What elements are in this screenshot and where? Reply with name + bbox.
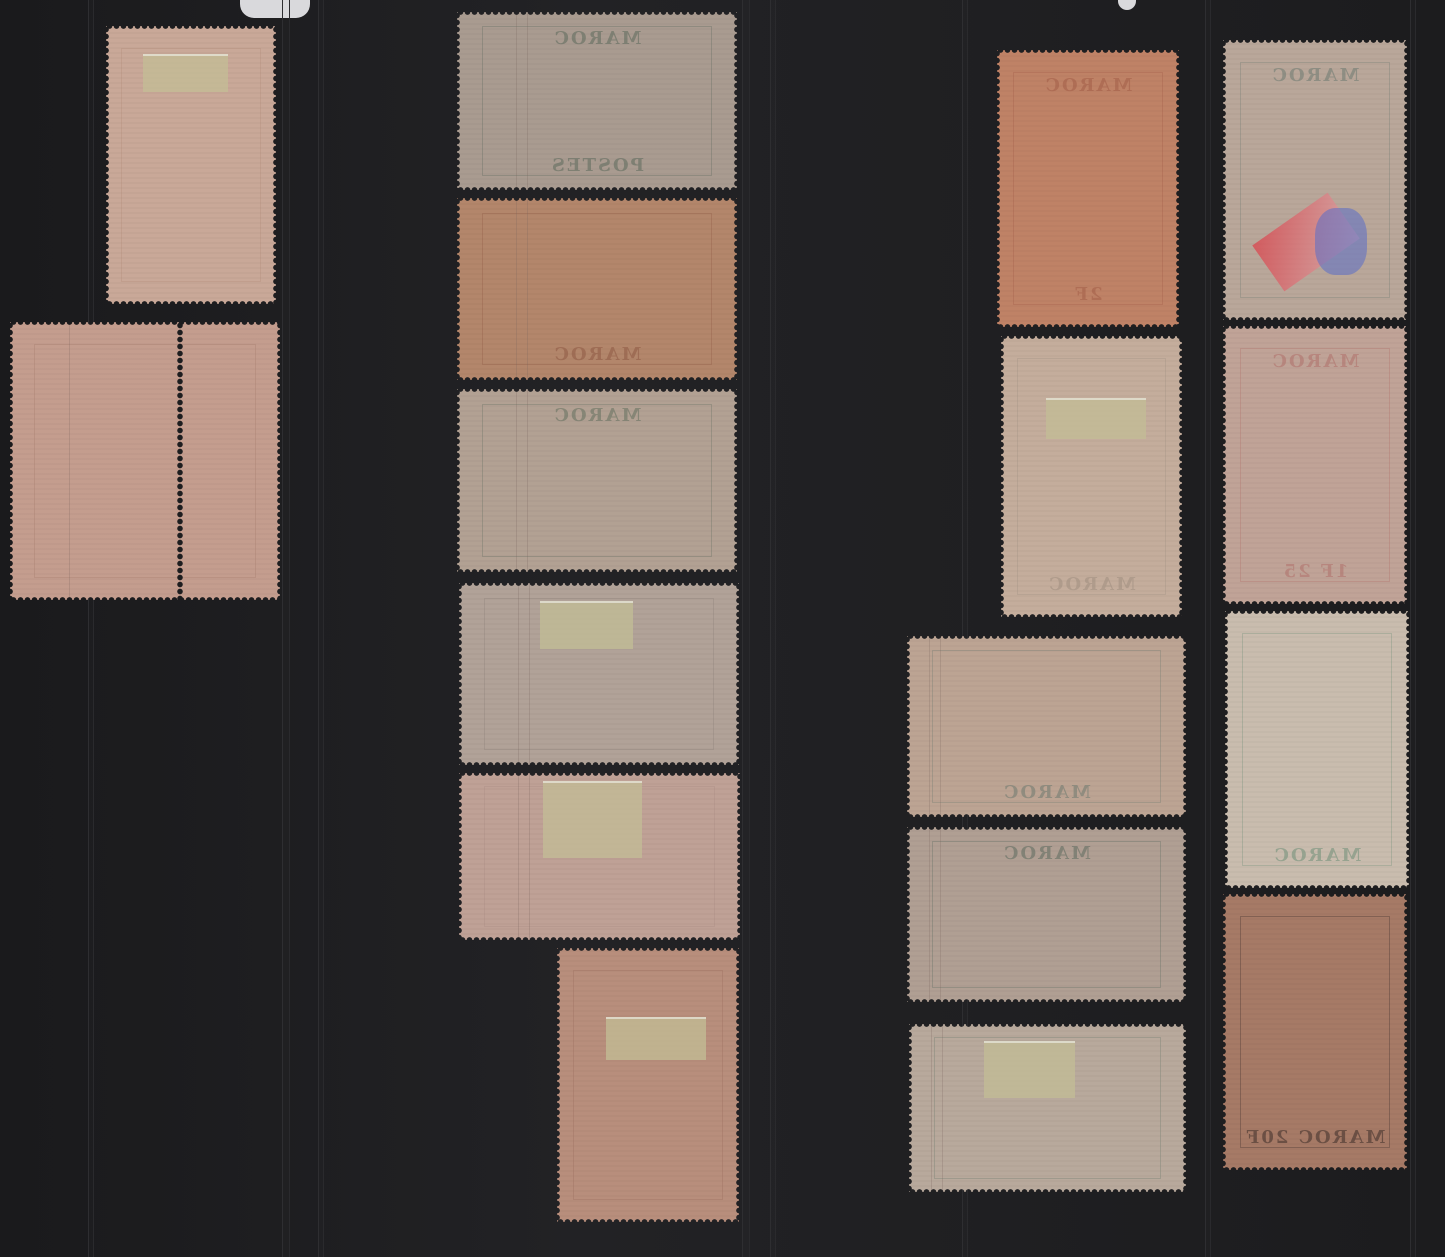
design-show-through xyxy=(34,344,255,578)
mirrored-value-text: POSTES xyxy=(457,155,737,176)
strip-shadow-line xyxy=(942,1024,943,1192)
mirrored-value-text: 1F 25 xyxy=(1223,561,1407,582)
strip-shadow-line xyxy=(518,583,519,765)
hinge-remnant xyxy=(984,1041,1075,1098)
stock-strip-edge xyxy=(770,0,776,1257)
stamp-back[interactable]: MAROCPOSTES xyxy=(457,12,737,190)
stamp-back[interactable]: MAROC xyxy=(1223,40,1407,320)
mirrored-country-text: MAROC xyxy=(457,405,737,426)
stamp-back[interactable] xyxy=(10,322,280,600)
hinge-remnant xyxy=(543,781,641,858)
mirrored-value-text: MAROC xyxy=(457,344,737,365)
mirrored-country-text: MAROC xyxy=(457,28,737,49)
mirrored-value-text: MAROC xyxy=(1225,845,1409,866)
design-show-through xyxy=(573,970,722,1200)
strip-shadow-line xyxy=(518,773,519,940)
mirrored-value-text: MAROC 20F xyxy=(1223,1127,1407,1148)
stamp-back[interactable]: MAROC xyxy=(907,827,1186,1002)
mirrored-country-text: MAROC xyxy=(997,75,1179,96)
mirrored-value-text: 2F xyxy=(997,284,1179,305)
mirrored-country-text: MAROC xyxy=(1223,351,1407,372)
stamp-back[interactable] xyxy=(909,1024,1186,1192)
stamp-back[interactable]: MAROC xyxy=(907,636,1186,817)
stock-strip-edge xyxy=(1205,0,1211,1257)
strip-shadow-line xyxy=(931,1024,932,1192)
strip-shadow-line xyxy=(529,583,530,765)
stock-strip-edge xyxy=(318,0,324,1257)
mirrored-value-text: MAROC xyxy=(1001,574,1182,595)
mirrored-country-text: MAROC xyxy=(1223,65,1407,86)
pair-separation-perforation xyxy=(177,322,183,600)
stamp-back[interactable]: MAROC xyxy=(457,389,737,572)
stamp-back[interactable]: MAROC 20F xyxy=(1223,894,1407,1170)
hinge-remnant xyxy=(540,601,632,649)
stock-strip-edge xyxy=(282,0,290,1257)
stamp-back[interactable] xyxy=(557,948,739,1222)
blue-stain xyxy=(1315,208,1367,275)
design-show-through xyxy=(1242,633,1393,866)
strip-shadow-line xyxy=(529,773,530,940)
design-show-through xyxy=(1240,916,1391,1148)
stamp-back[interactable]: MAROC xyxy=(1001,336,1182,617)
stamp-back[interactable]: MAROC xyxy=(457,198,737,380)
hinge-remnant xyxy=(1046,398,1146,439)
stamp-back[interactable]: MAROC2F xyxy=(997,50,1179,327)
design-show-through xyxy=(1240,348,1391,582)
mirrored-country-text: MAROC xyxy=(907,843,1186,864)
design-show-through xyxy=(932,650,1161,802)
stamp-back[interactable]: MAROC xyxy=(1225,611,1409,888)
stock-strip-edge xyxy=(88,0,94,1257)
stamp-back[interactable] xyxy=(106,26,276,304)
stamp-back[interactable]: MAROC1F 25 xyxy=(1223,326,1407,604)
design-show-through xyxy=(1017,358,1165,594)
stock-strip-edge xyxy=(1410,0,1416,1257)
stamp-back[interactable] xyxy=(459,773,740,940)
hinge-remnant xyxy=(606,1017,706,1060)
mirrored-value-text: MAROC xyxy=(907,782,1186,803)
design-show-through xyxy=(1013,72,1162,305)
hinge-remnant xyxy=(143,54,228,92)
glare-left xyxy=(240,0,310,18)
strip-shadow-line xyxy=(69,322,70,600)
stamp-back[interactable] xyxy=(459,583,739,765)
stock-strip-edge xyxy=(742,0,750,1257)
